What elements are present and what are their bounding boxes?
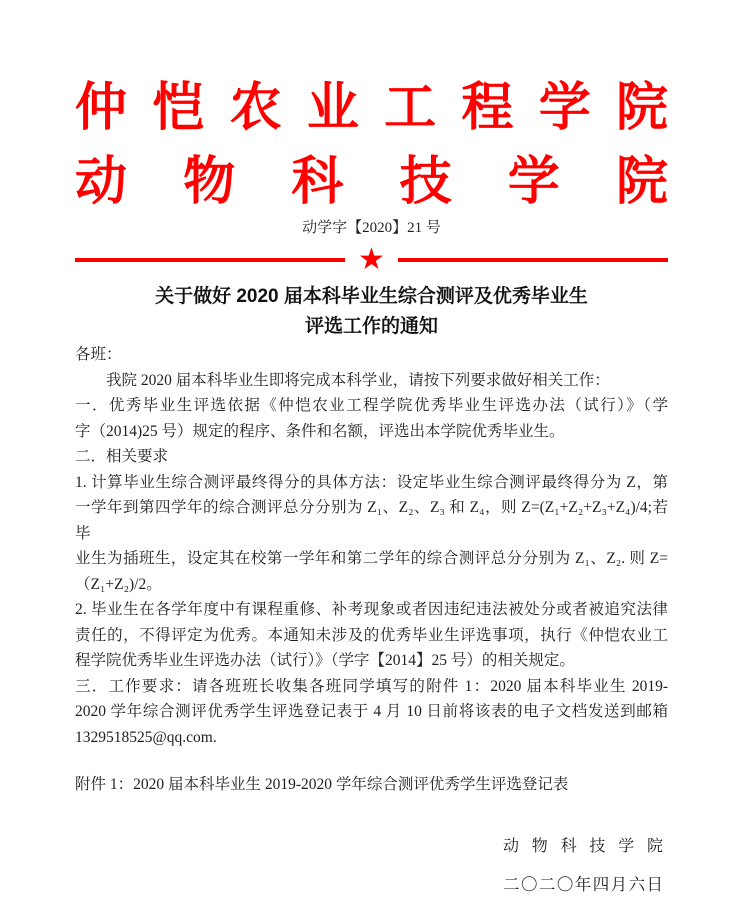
body-line: 1329518525@qq.com.: [75, 725, 668, 751]
body-line: 一学年到第四学年的综合测评总分分别为 Z₁、Z₂、Z₃ 和 Z₄，则 Z=(Z₁…: [75, 495, 668, 546]
notice-body: 各班：我院 2020 届本科毕业生即将完成本科学业，请按下列要求做好相关工作：一…: [75, 342, 668, 796]
notice-title: 关于做好 2020 届本科毕业生综合测评及优秀毕业生 评选工作的通知: [75, 282, 668, 342]
body-line: （Z₁+Z₂)/2。: [75, 572, 668, 598]
notice-title-line2: 评选工作的通知: [75, 312, 668, 342]
signature-date: 二〇二〇年四月六日: [503, 872, 663, 898]
body-line: 程学院优秀毕业生评选办法（试行）》（学字【2014】25 号）的相关规定。: [75, 648, 668, 674]
body-line: 二．相关要求: [75, 444, 668, 470]
attachment-line: 附件 1：2020 届本科毕业生 2019-2020 学年综合测评优秀学生评选登…: [75, 774, 668, 796]
body-line: 三．工作要求：请各班班长收集各班同学填写的附件 1：2020 届本科毕业生 20…: [75, 674, 668, 700]
document-number: 动学字【2020】21 号: [75, 218, 668, 238]
notice-title-line1: 关于做好 2020 届本科毕业生综合测评及优秀毕业生: [75, 282, 668, 312]
body-line: 业生为插班生，设定其在校第一学年和第二学年的综合测评总分分别为 Z₁、Z₂. 则…: [75, 546, 668, 572]
body-line: 我院 2020 届本科毕业生即将完成本科学业，请按下列要求做好相关工作：: [75, 368, 668, 394]
signature-block: 动物科技学院 二〇二〇年四月六日: [75, 834, 668, 898]
body-line: 2. 毕业生在各学年度中有课程重修、补考现象或者因违纪违法被处分或者被追究法律: [75, 597, 668, 623]
red-divider: ★: [75, 244, 668, 276]
university-name: 仲恺农业工程学院: [75, 82, 668, 134]
body-line: 各班：: [75, 342, 668, 368]
body-line: 2020 学年综合测评优秀学生评选登记表于 4 月 10 日前将该表的电子文档发…: [75, 699, 668, 725]
signature-inner: 动物科技学院 二〇二〇年四月六日: [503, 834, 663, 898]
body-line: 1. 计算毕业生综合测评最终得分的具体方法：设定毕业生综合测评最终得分为 Z，第: [75, 470, 668, 496]
star-icon: ★: [358, 244, 385, 276]
body-line: 责任的，不得评定为优秀。本通知未涉及的优秀毕业生评选事项，执行《仲恺农业工: [75, 623, 668, 649]
college-name: 动物科技学院: [75, 156, 668, 208]
divider-bar-left: [75, 258, 345, 262]
letterhead: 仲恺农业工程学院 动物科技学院 动学字【2020】21 号 ★: [75, 82, 668, 276]
divider-bar-right: [398, 258, 668, 262]
document-page: 仲恺农业工程学院 动物科技学院 动学字【2020】21 号 ★ 关于做好 202…: [0, 0, 743, 901]
signature-department: 动物科技学院: [503, 834, 663, 860]
body-line: 一．优秀毕业生评选依据《仲恺农业工程学院优秀毕业生评选办法（试行）》（学: [75, 393, 668, 419]
body-lines: 各班：我院 2020 届本科毕业生即将完成本科学业，请按下列要求做好相关工作：一…: [75, 342, 668, 750]
body-line: 字（2014)25 号）规定的程序、条件和名额，评选出本学院优秀毕业生。: [75, 419, 668, 445]
